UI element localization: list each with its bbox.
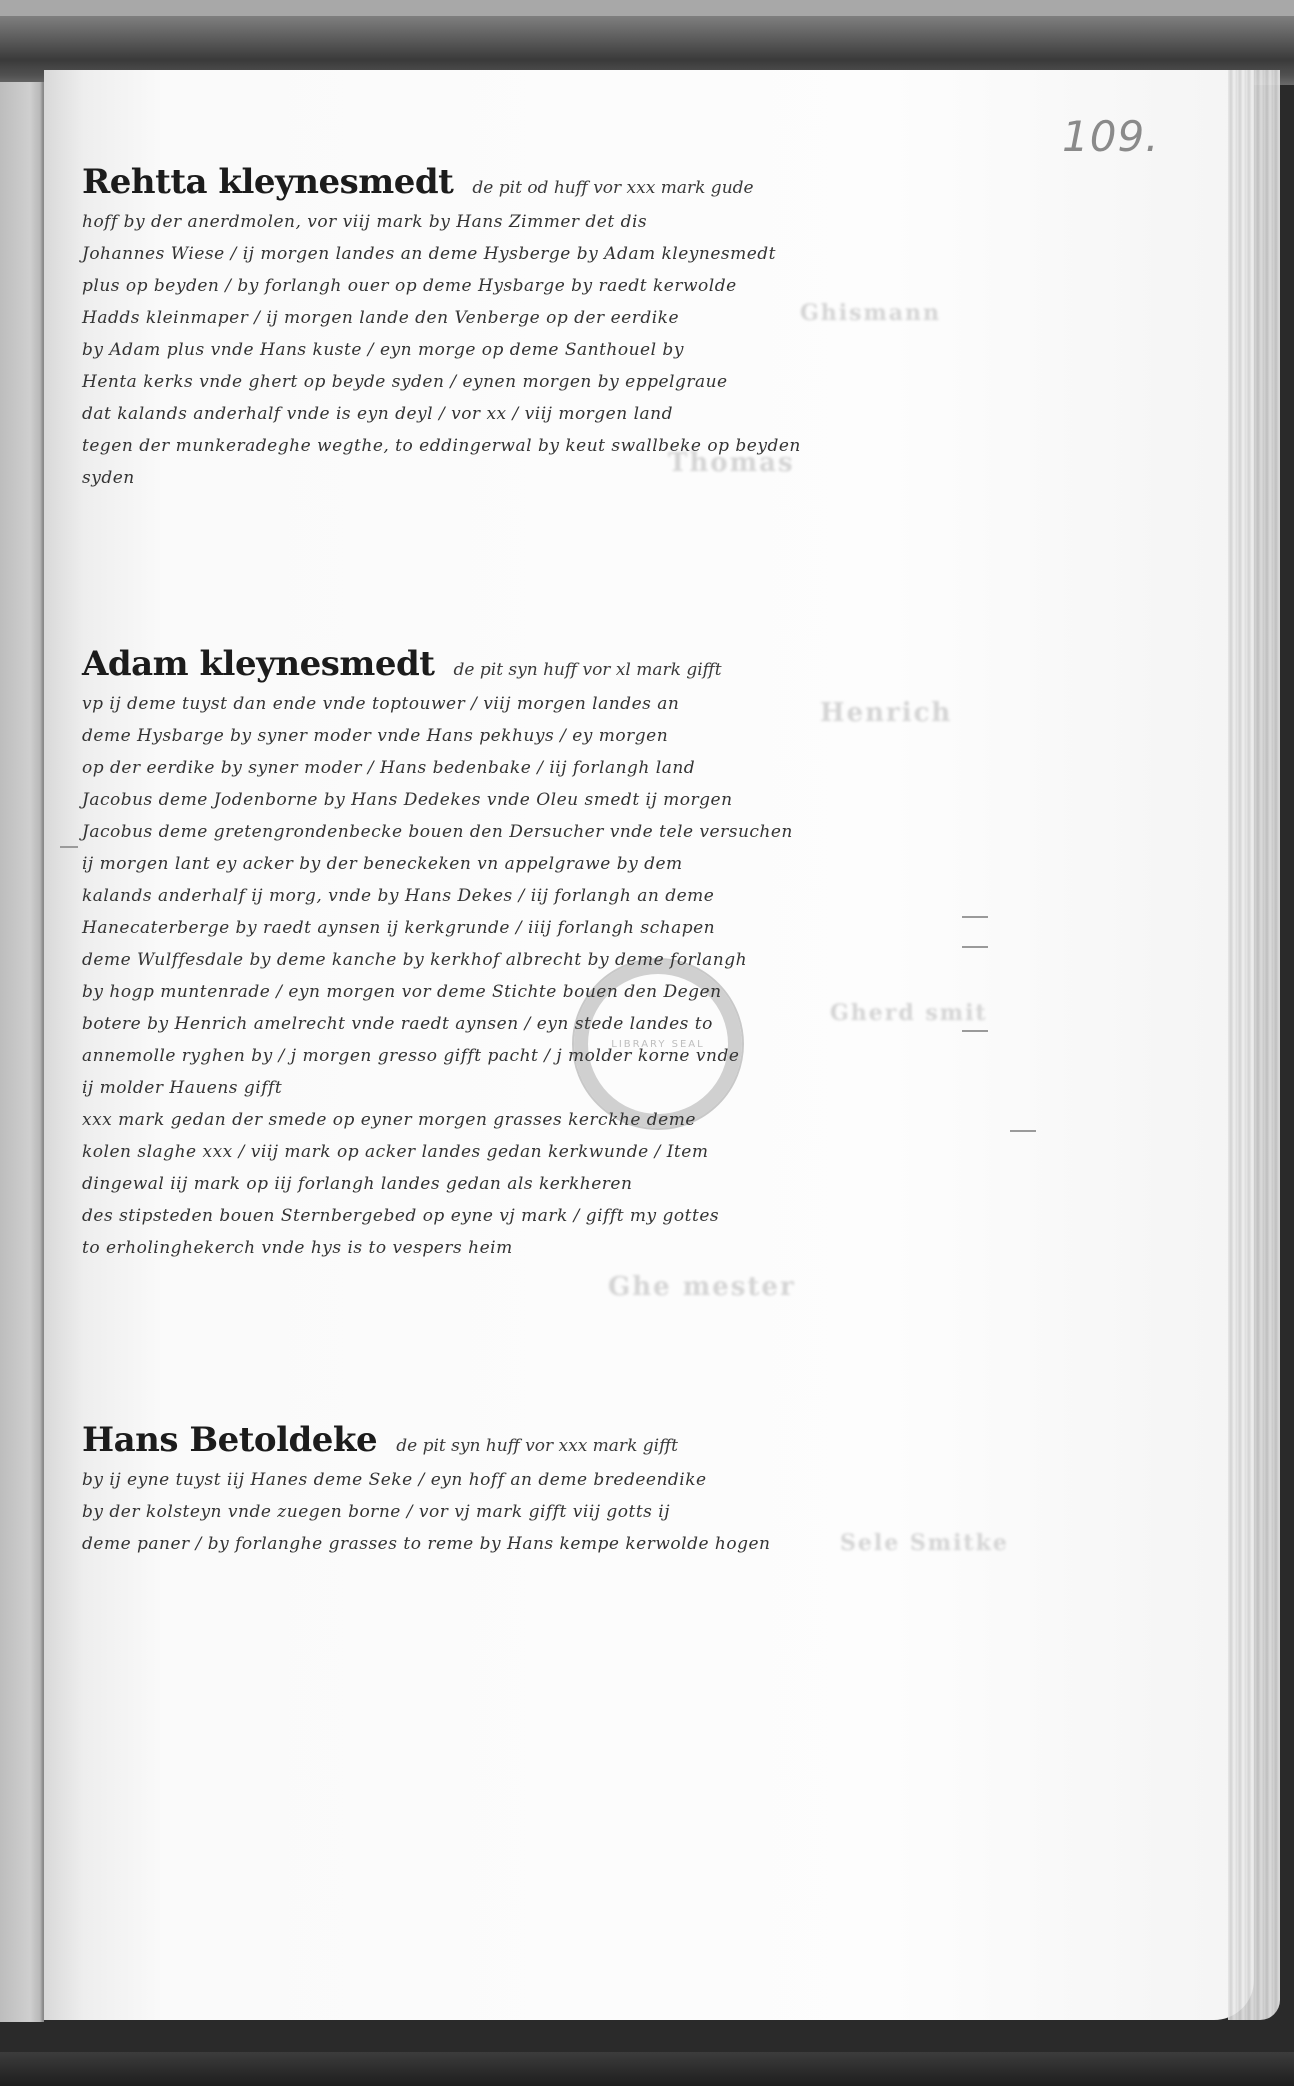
entry-heading: Hans Betoldeke bbox=[82, 1420, 377, 1460]
entry-adam-kleynesmedt: Adam kleynesmedt de pit syn huff vor xl … bbox=[82, 644, 793, 1264]
entry-line: des stipsteden bouen Sternbergebed op ey… bbox=[82, 1200, 793, 1232]
entry-hans-betoldeke: Hans Betoldeke de pit syn huff vor xxx m… bbox=[82, 1420, 771, 1560]
entry-line: dat kalands anderhalf vnde is eyn deyl /… bbox=[82, 398, 801, 430]
entry-heading: Rehtta kleynesmedt bbox=[82, 162, 453, 202]
entry-line: ij morgen lant ey acker by der beneckeke… bbox=[82, 848, 793, 880]
entry-line: Hadds kleinmaper / ij morgen lande den V… bbox=[82, 302, 801, 334]
bleed-through-text: Ghismann bbox=[800, 300, 941, 326]
folio-number: 109. bbox=[1062, 112, 1160, 161]
entry-line: ij molder Hauens gifft bbox=[82, 1072, 793, 1104]
entry-line: kalands anderhalf ij morg, vnde by Hans … bbox=[82, 880, 793, 912]
entry-body: vp ij deme tuyst dan ende vnde toptouwer… bbox=[82, 688, 793, 1264]
entry-body: by ij eyne tuyst iij Hanes deme Seke / e… bbox=[82, 1464, 771, 1560]
entry-line: annemolle ryghen by / j morgen gresso gi… bbox=[82, 1040, 793, 1072]
entry-line: by ij eyne tuyst iij Hanes deme Seke / e… bbox=[82, 1464, 771, 1496]
entry-heading-row: Rehtta kleynesmedt de pit od huff vor xx… bbox=[82, 162, 801, 202]
entry-line: vp ij deme tuyst dan ende vnde toptouwer… bbox=[82, 688, 793, 720]
margin-mark bbox=[1010, 1130, 1036, 1132]
bleed-through-text: Ghe mester bbox=[608, 1272, 796, 1302]
entry-first-line: de pit od huff vor xxx mark gude bbox=[472, 178, 753, 198]
entry-line: Jacobus deme Jodenborne by Hans Dedekes … bbox=[82, 784, 793, 816]
entry-line: plus op beyden / by forlangh ouer op dem… bbox=[82, 270, 801, 302]
bleed-through-text: Gherd smit bbox=[830, 1000, 988, 1026]
entry-line: Jacobus deme gretengrondenbecke bouen de… bbox=[82, 816, 793, 848]
entry-line: hoff by der anerdmolen, vor viij mark by… bbox=[82, 206, 801, 238]
scan-bottom-border bbox=[0, 2052, 1294, 2086]
entry-line: syden bbox=[82, 462, 801, 494]
entry-line: by der kolsteyn vnde zuegen borne / vor … bbox=[82, 1496, 771, 1528]
page-edges-stack bbox=[1228, 70, 1280, 2020]
entry-line: tegen der munkeradeghe wegthe, to edding… bbox=[82, 430, 801, 462]
book-gutter bbox=[0, 82, 44, 2022]
entry-line: Johannes Wiese / ij morgen landes an dem… bbox=[82, 238, 801, 270]
margin-mark bbox=[60, 846, 78, 848]
entry-heading-row: Hans Betoldeke de pit syn huff vor xxx m… bbox=[82, 1420, 771, 1460]
entry-line: botere by Henrich amelrecht vnde raedt a… bbox=[82, 1008, 793, 1040]
entry-rehtta-kleynesmedt: Rehtta kleynesmedt de pit od huff vor xx… bbox=[82, 162, 801, 494]
entry-line: dingewal iij mark op iij forlangh landes… bbox=[82, 1168, 793, 1200]
entry-line: op der eerdike by syner moder / Hans bed… bbox=[82, 752, 793, 784]
bleed-through-text: Sele Smitke bbox=[840, 1530, 1009, 1556]
margin-mark bbox=[962, 1030, 988, 1032]
entry-line: Hanecaterberge by raedt aynsen ij kerkgr… bbox=[82, 912, 793, 944]
entry-line: xxx mark gedan der smede op eyner morgen… bbox=[82, 1104, 793, 1136]
entry-line: to erholinghekerch vnde hys is to vesper… bbox=[82, 1232, 793, 1264]
entry-line: deme paner / by forlanghe grasses to rem… bbox=[82, 1528, 771, 1560]
bleed-through-text: Henrich bbox=[820, 698, 952, 728]
margin-mark bbox=[962, 946, 988, 948]
entry-line: kolen slaghe xxx / viij mark op acker la… bbox=[82, 1136, 793, 1168]
entry-line: deme Hysbarge by syner moder vnde Hans p… bbox=[82, 720, 793, 752]
entry-body: hoff by der anerdmolen, vor viij mark by… bbox=[82, 206, 801, 494]
entry-line: by hogp muntenrade / eyn morgen vor deme… bbox=[82, 976, 793, 1008]
entry-heading-row: Adam kleynesmedt de pit syn huff vor xl … bbox=[82, 644, 793, 684]
entry-line: Henta kerks vnde ghert op beyde syden / … bbox=[82, 366, 801, 398]
entry-line: by Adam plus vnde Hans kuste / eyn morge… bbox=[82, 334, 801, 366]
margin-mark bbox=[962, 916, 988, 918]
entry-first-line: de pit syn huff vor xxx mark gifft bbox=[396, 1436, 678, 1456]
entry-heading: Adam kleynesmedt bbox=[82, 644, 434, 684]
scan-top-edge bbox=[0, 0, 1294, 16]
entry-first-line: de pit syn huff vor xl mark gifft bbox=[454, 660, 722, 680]
entry-line: deme Wulffesdale by deme kanche by kerkh… bbox=[82, 944, 793, 976]
